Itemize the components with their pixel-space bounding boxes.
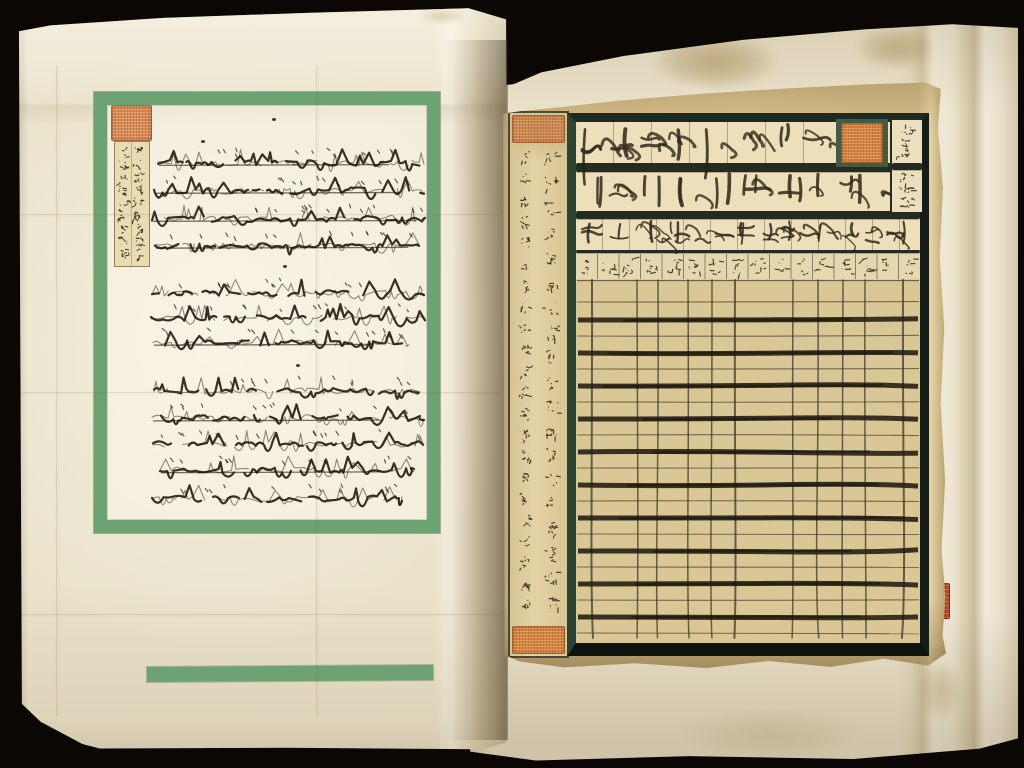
band-divider: [576, 211, 920, 219]
page-stain: [855, 26, 935, 70]
handwritten-line: [150, 481, 406, 517]
corner-column-divider: [892, 163, 922, 170]
ledger-table: [567, 113, 929, 656]
corner-glyph-column: [894, 123, 918, 160]
handwritten-line: [153, 228, 423, 264]
handwritten-line: [151, 325, 413, 361]
handwritten-text-block: [16, 6, 508, 750]
strip-top-seal: [512, 115, 565, 143]
right-page: [502, 82, 946, 668]
header-band-3: [576, 219, 920, 250]
paper-crease: [316, 66, 317, 716]
strip-bottom-seal: [512, 626, 565, 654]
table-orange-seal: [841, 123, 883, 163]
column-header-row: [576, 253, 920, 280]
side-annotation-strip: [508, 111, 569, 658]
page-stain: [918, 660, 962, 720]
ledger-grid: [576, 280, 920, 638]
header-band-2: [576, 172, 920, 211]
bottom-green-bar: [147, 665, 433, 682]
left-page: [16, 6, 508, 750]
band-script: [578, 219, 916, 250]
strip-glyph-column: [538, 147, 564, 616]
ink-dot: [296, 364, 300, 367]
manuscript-photo: [0, 0, 1024, 768]
ink-dot: [283, 265, 287, 268]
ink-dot: [272, 118, 276, 121]
ink-dot: [201, 140, 205, 143]
table-corner-column: [890, 120, 922, 212]
page-stain: [680, 709, 860, 761]
page-stain: [650, 34, 780, 90]
band-script: [578, 122, 832, 163]
paper-crease: [56, 66, 57, 716]
paper-crease: [20, 392, 500, 393]
band-script: [578, 172, 884, 211]
paper-crease: [20, 614, 500, 615]
strip-glyph-column: [514, 147, 536, 616]
table-seal-cell: [836, 119, 888, 167]
corner-glyph-column: [894, 172, 918, 209]
paper-crease: [20, 214, 500, 215]
